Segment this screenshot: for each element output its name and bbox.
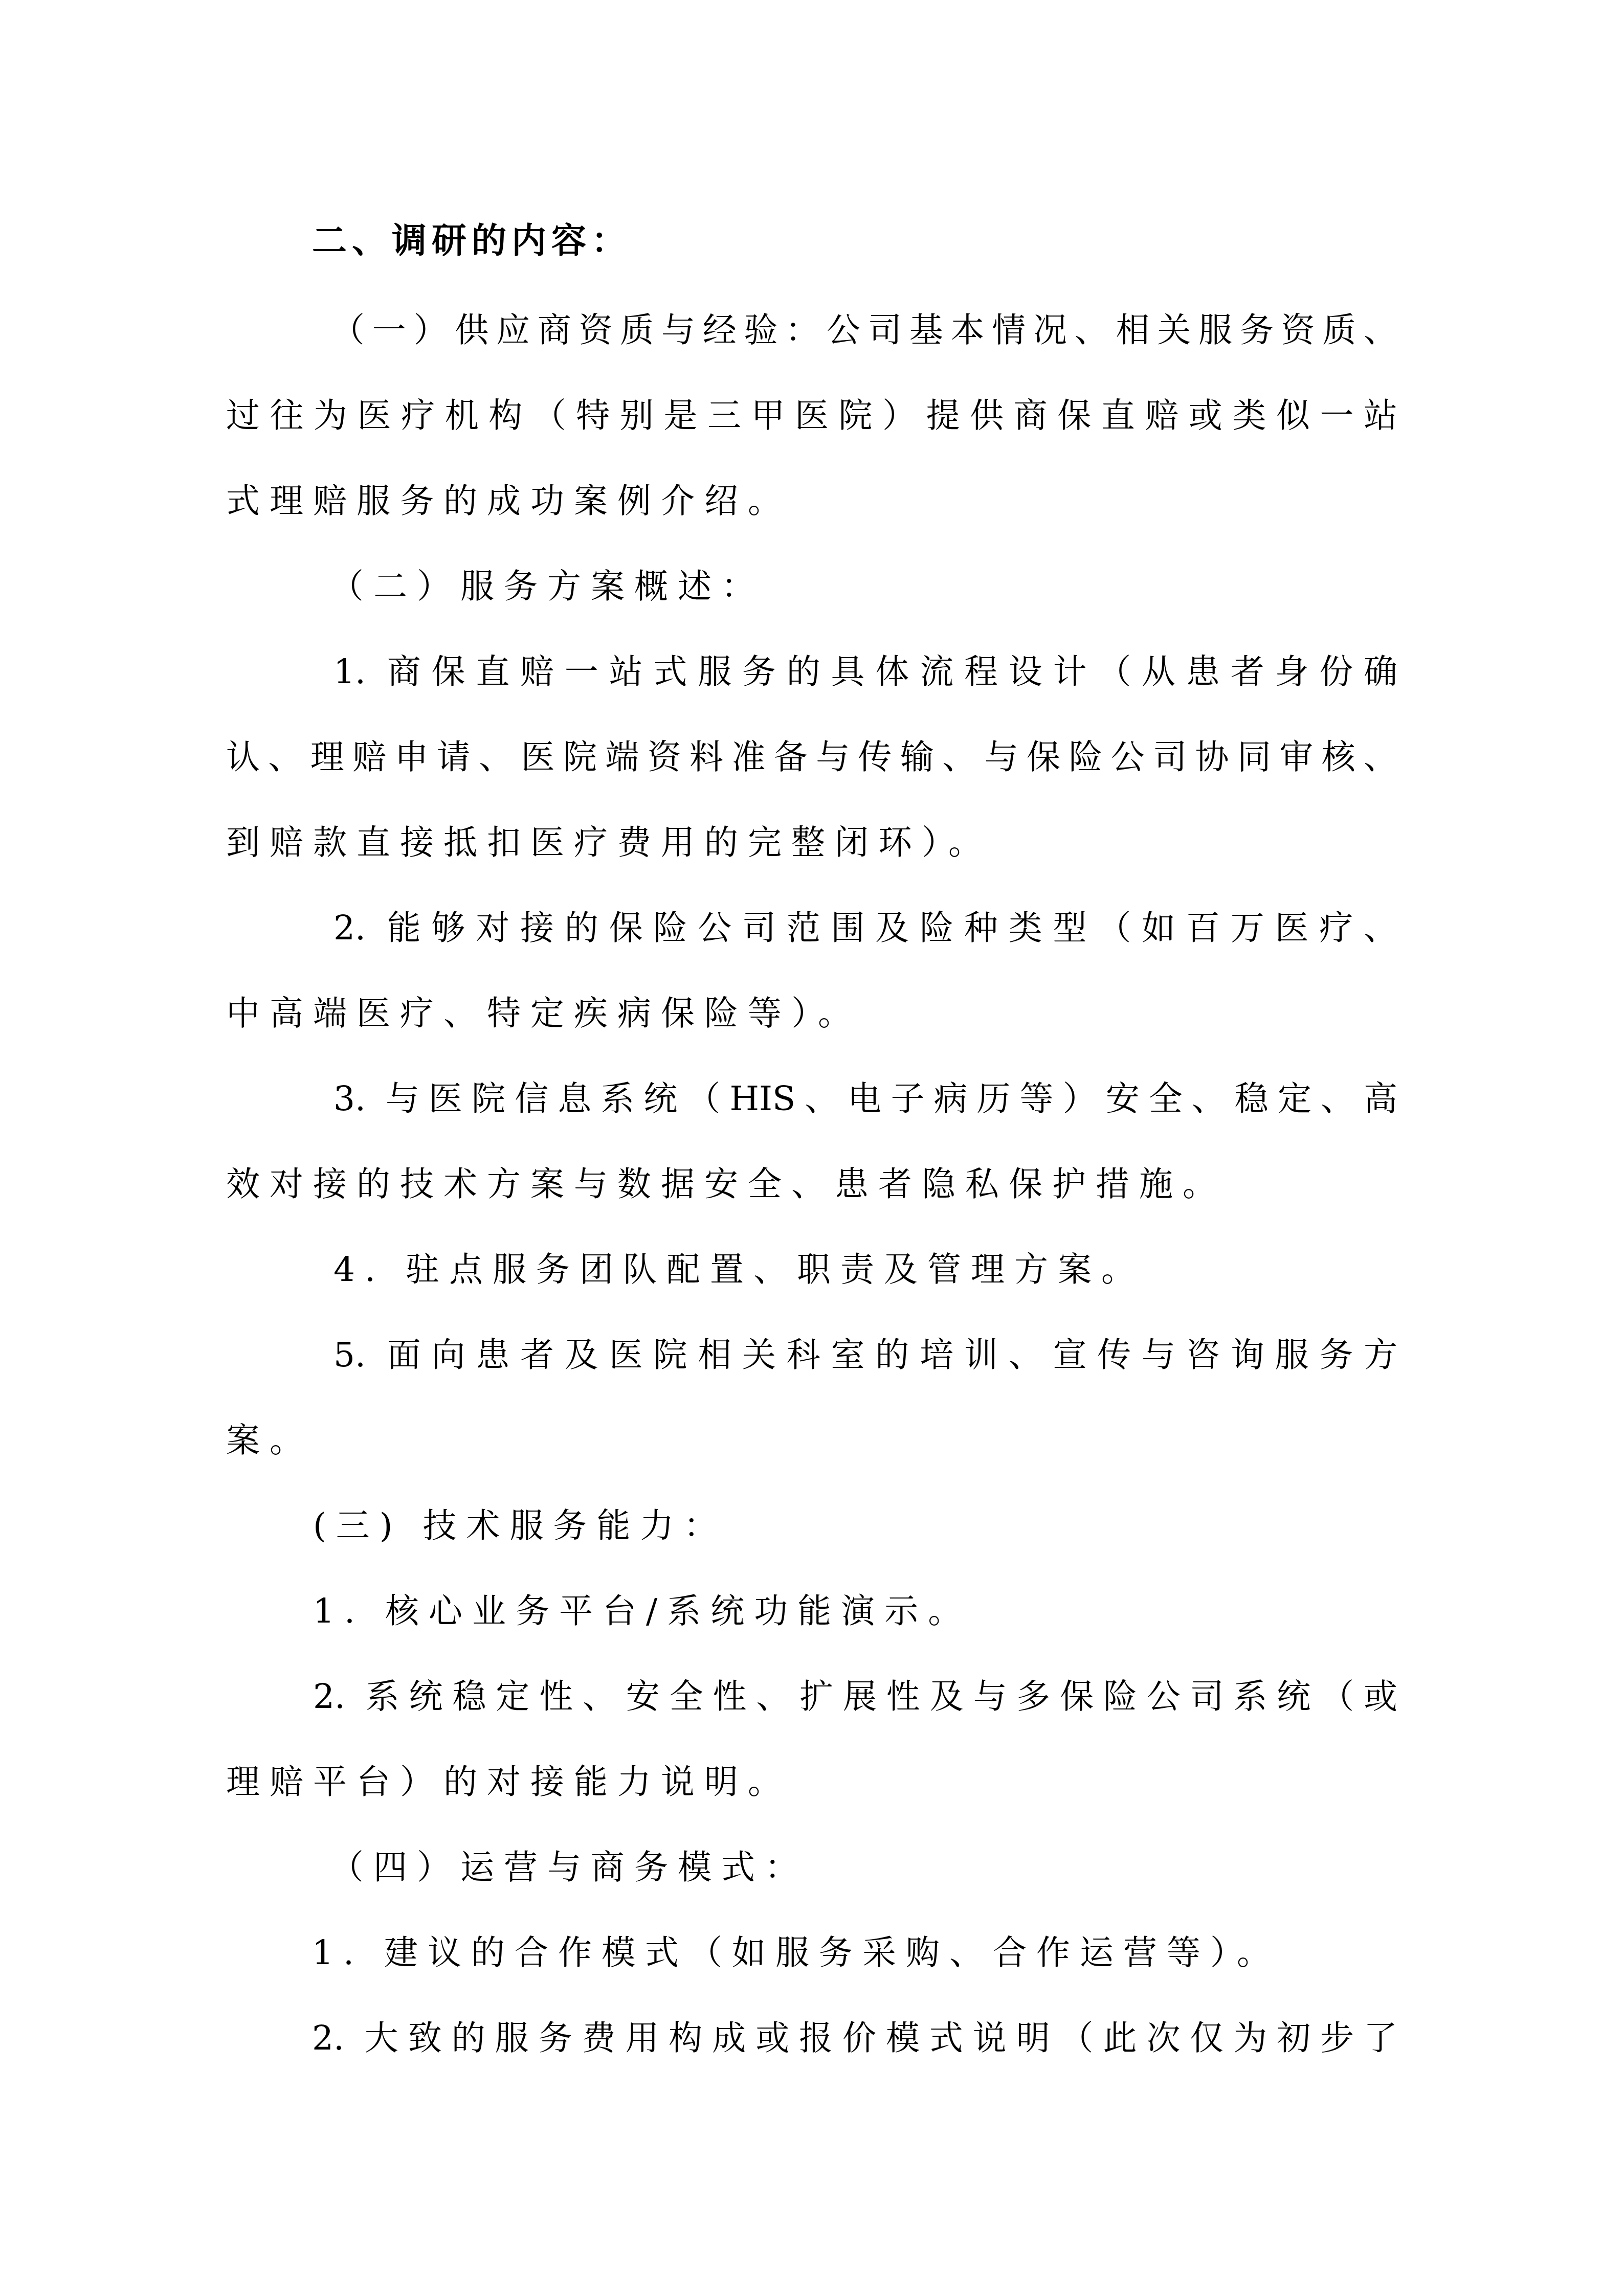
s4-item-1-line-1: 1. 建议的合作模式（如服务采购、合作运营等）。 [312,1927,1280,1978]
s2-item-2-line-1: 2. 能够对接的保险公司范围及险种类型（如百万医疗、 [333,903,1397,954]
s2-item-1-line-3: 到赔款直接抵扣医疗费用的完整闭环）。 [226,817,992,868]
subsection-3-title: (三) 技术服务能力： [313,1500,727,1551]
s2-item-5-line-2: 案。 [226,1415,313,1466]
s2-item-5-line-1: 5. 面向患者及医院相关科室的培训、宣传与咨询服务方 [333,1330,1397,1381]
s3-item-2-line-1: 2. 系统稳定性、安全性、扩展性及与多保险公司系统（或 [313,1671,1397,1722]
s4-item-2-line-1: 2. 大致的服务费用构成或报价模式说明（此次仅为初步了 [312,2013,1397,2064]
subsection-1-line-1: （一）供应商资质与经验：公司基本情况、相关服务资质、 [226,305,1397,356]
section-heading: 二、调研的内容： [312,216,631,267]
subsection-4-title: （四）运营与商务模式： [330,1842,808,1893]
s2-item-4-line-1: 4. 驻点服务团队配置、职责及管理方案。 [333,1244,1145,1295]
s2-item-1-line-1: 1. 商保直赔一站式服务的具体流程设计（从患者身份确 [333,646,1397,697]
s2-item-2-line-2: 中高端医疗、特定疾病保险等）。 [226,988,861,1039]
s3-item-2-line-2: 理赔平台）的对接能力说明。 [226,1757,791,1808]
subsection-1-line-2: 过往为医疗机构（特别是三甲医院）提供商保直赔或类似一站 [226,390,1397,441]
document-page: 二、调研的内容： （一）供应商资质与经验：公司基本情况、相关服务资质、 过往为医… [0,0,1624,2296]
s2-item-3-line-1: 3. 与医院信息系统（HIS、电子病历等）安全、稳定、高 [333,1073,1397,1124]
s2-item-3-line-2: 效对接的技术方案与数据安全、患者隐私保护措施。 [226,1159,1226,1210]
subsection-2-title: （二）服务方案概述： [330,561,765,612]
s2-item-1-line-2: 认、理赔申请、医院端资料准备与传输、与保险公司协同审核、 [226,732,1397,783]
subsection-1-line-3: 式理赔服务的成功案例介绍。 [226,476,791,527]
s3-item-1-line-1: 1. 核心业务平台/系统功能演示。 [313,1586,971,1637]
